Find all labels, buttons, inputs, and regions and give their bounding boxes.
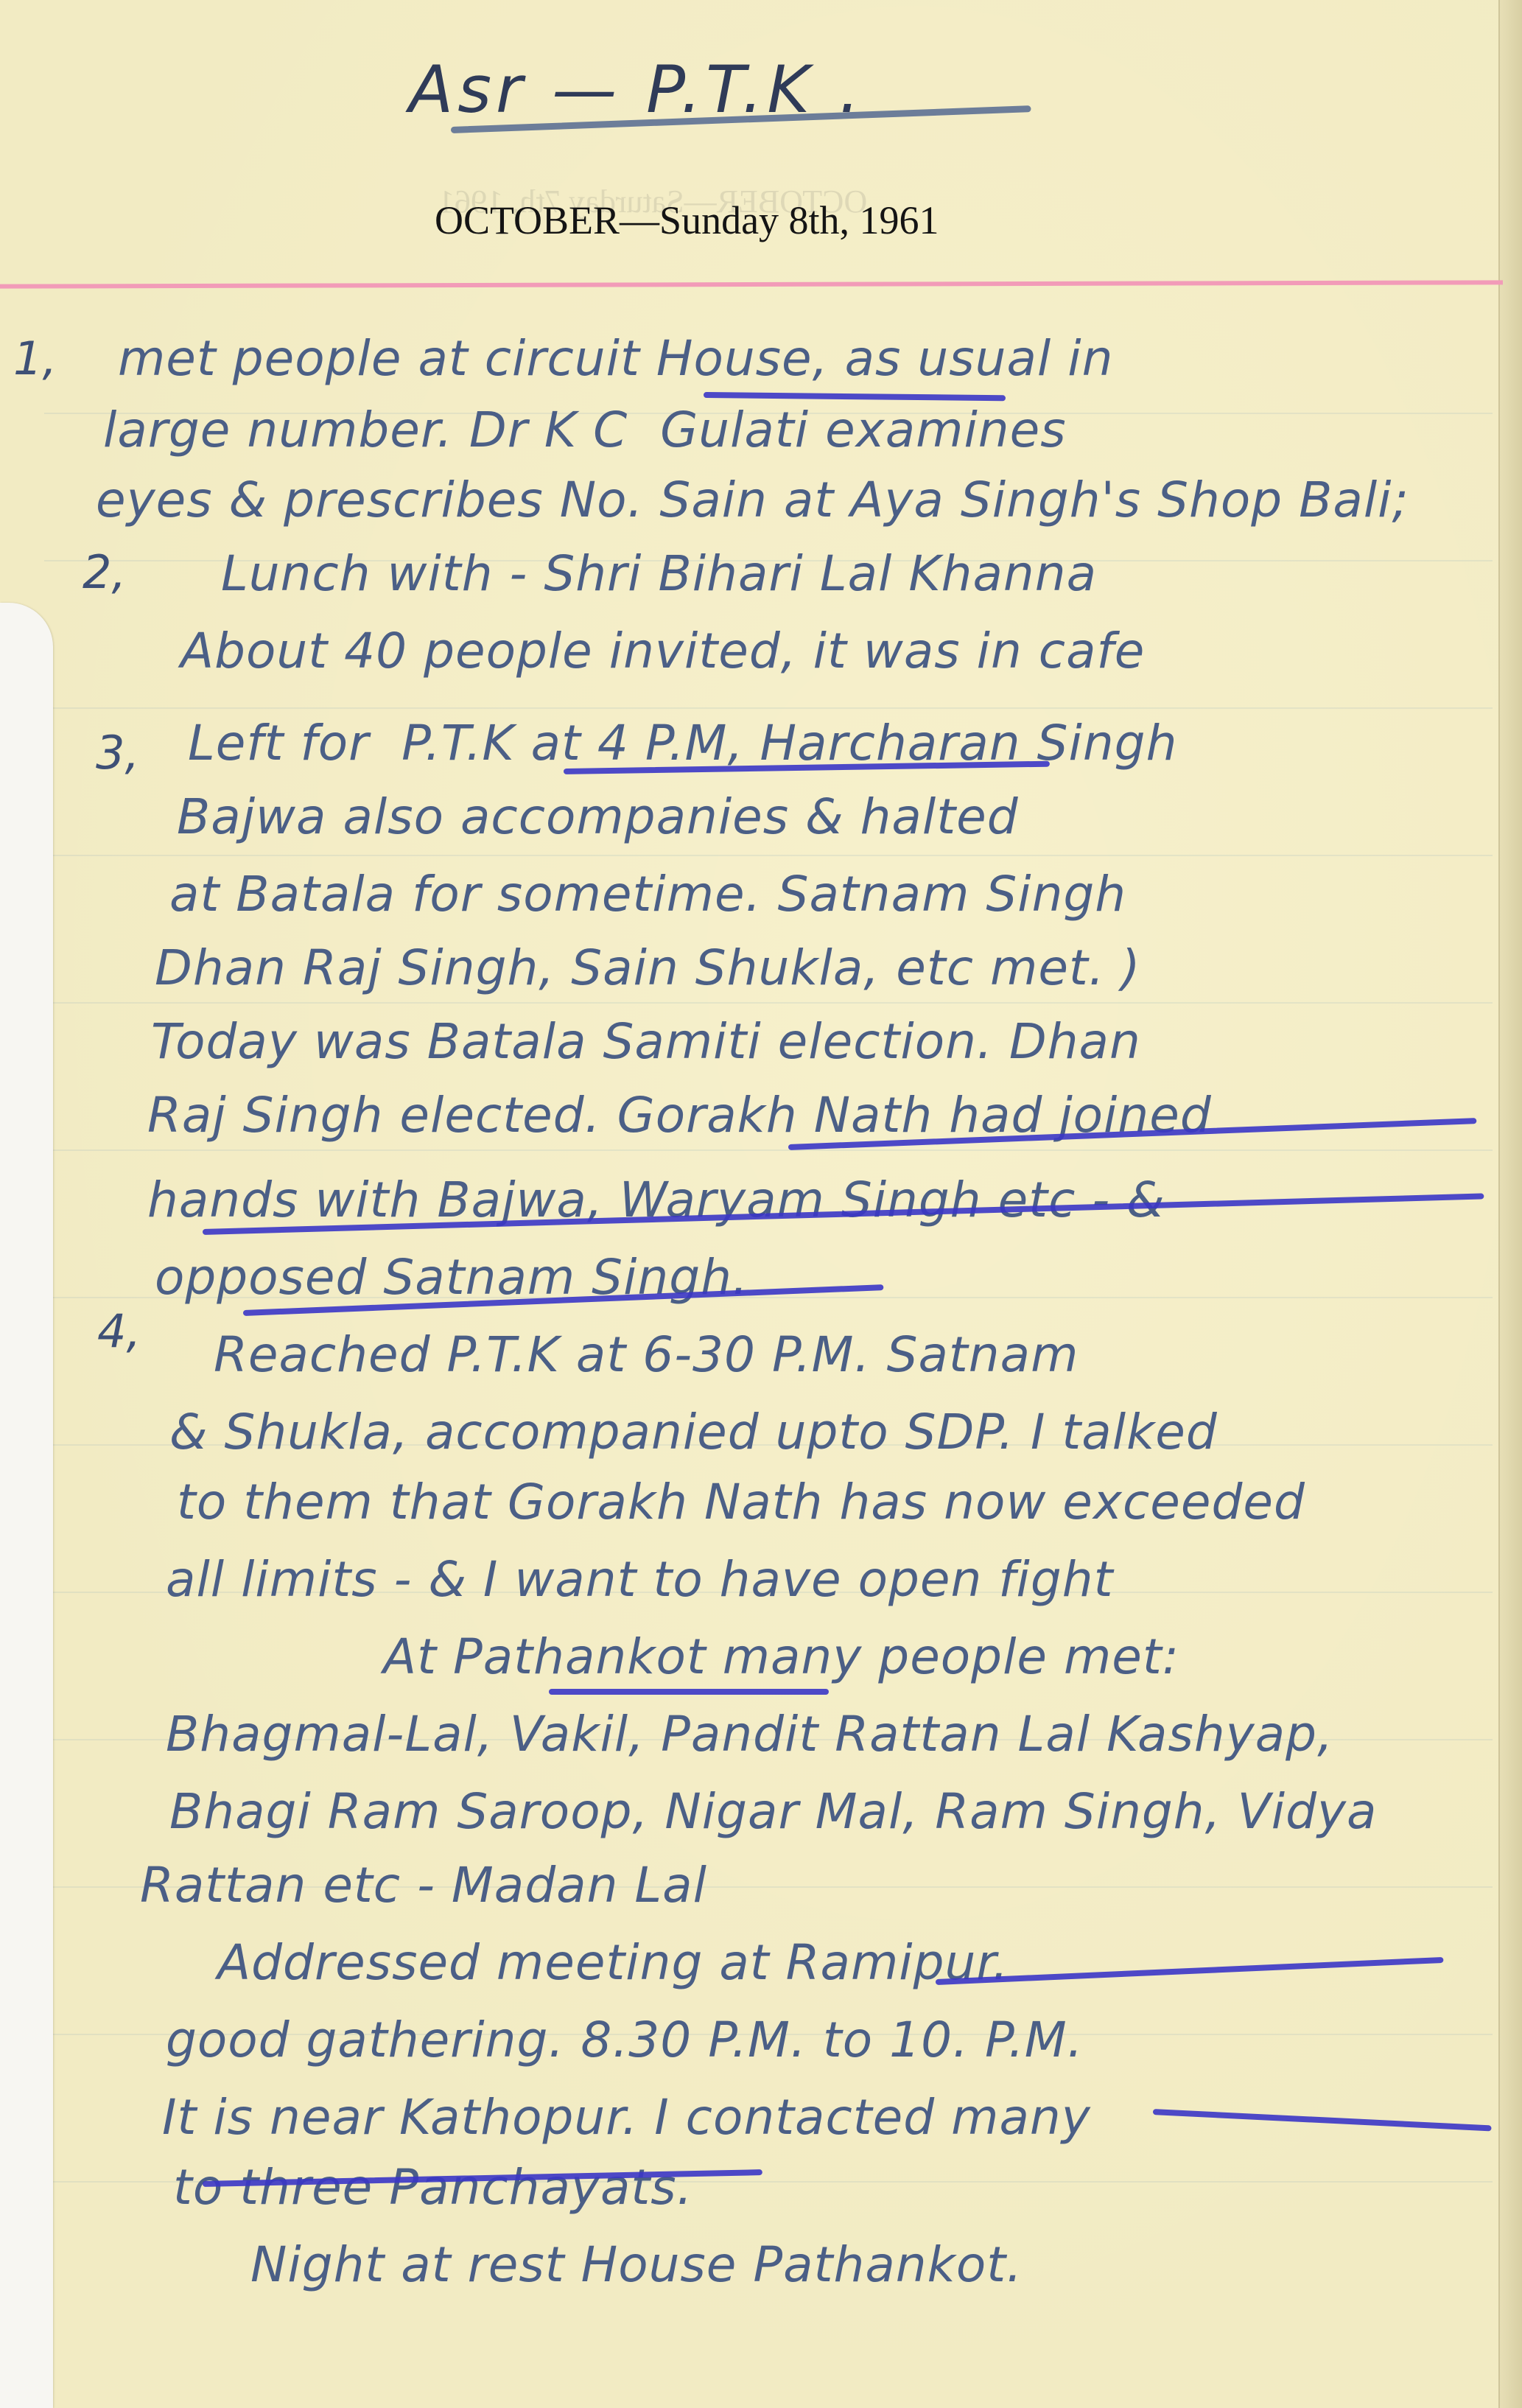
- diary-page: Asr — P.T.K . OCTOBER—Saturday 7th, 1961…: [0, 0, 1522, 2408]
- diary-line: large number. Dr K C Gulati examines: [103, 402, 1067, 458]
- faint-ruled-line: [44, 855, 1493, 856]
- printed-date: OCTOBER—Sunday 8th, 1961: [435, 197, 939, 243]
- diary-line: Addressed meeting at Ramipur.: [217, 1934, 1009, 1991]
- diary-line: Bhagi Ram Saroop, Nigar Mal, Ram Singh, …: [169, 1783, 1377, 1840]
- page-tab-insert: [0, 603, 53, 2408]
- diary-line: at Batala for sometime. Satnam Singh: [169, 866, 1126, 923]
- book-spine-edge: [1498, 0, 1522, 2408]
- diary-line: About 40 people invited, it was in cafe: [180, 623, 1145, 679]
- diary-line: Rattan etc - Madan Lal: [140, 1857, 707, 1914]
- pink-header-rule: [0, 280, 1503, 288]
- diary-line: At Pathankot many people met:: [383, 1628, 1179, 1685]
- diary-line: Night at rest House Pathankot.: [250, 2236, 1023, 2293]
- entry-number: 1,: [13, 332, 57, 385]
- entry-number: 2,: [83, 545, 126, 599]
- diary-line: It is near Kathopur. I contacted many: [162, 2089, 1091, 2146]
- faint-ruled-line: [44, 1002, 1493, 1004]
- entry-number: 3,: [96, 726, 139, 780]
- diary-line: eyes & prescribes No. Sain at Aya Singh'…: [96, 472, 1409, 528]
- entry-number: 4,: [97, 1304, 141, 1358]
- diary-line: met people at circuit House, as usual in: [118, 330, 1113, 387]
- diary-line: all limits - & I want to have open fight: [166, 1551, 1113, 1608]
- diary-line: Dhan Raj Singh, Sain Shukla, etc met. ): [155, 939, 1141, 996]
- diary-line: Reached P.T.K at 6-30 P.M. Satnam: [214, 1326, 1079, 1383]
- diary-line: to them that Gorakh Nath has now exceede…: [177, 1474, 1305, 1530]
- diary-line: Today was Batala Samiti election. Dhan: [151, 1013, 1141, 1070]
- diary-line: good gathering. 8.30 P.M. to 10. P.M.: [166, 2012, 1084, 2068]
- faint-ruled-line: [44, 1149, 1493, 1151]
- underline-circuit-house: [704, 392, 1006, 401]
- underline-meeting: [936, 1957, 1444, 1985]
- diary-line: Bajwa also accompanies & halted: [177, 788, 1019, 845]
- diary-line: to three Panchayats.: [173, 2159, 693, 2216]
- underline-pathankot: [549, 1689, 829, 1695]
- underline-contacted: [1153, 2109, 1492, 2131]
- diary-line: & Shukla, accompanied upto SDP. I talked: [169, 1404, 1218, 1460]
- diary-line: Bhagmal-Lal, Vakil, Pandit Rattan Lal Ka…: [166, 1706, 1333, 1763]
- diary-line: Lunch with - Shri Bihari Lal Khanna: [221, 545, 1097, 602]
- faint-ruled-line: [44, 707, 1493, 709]
